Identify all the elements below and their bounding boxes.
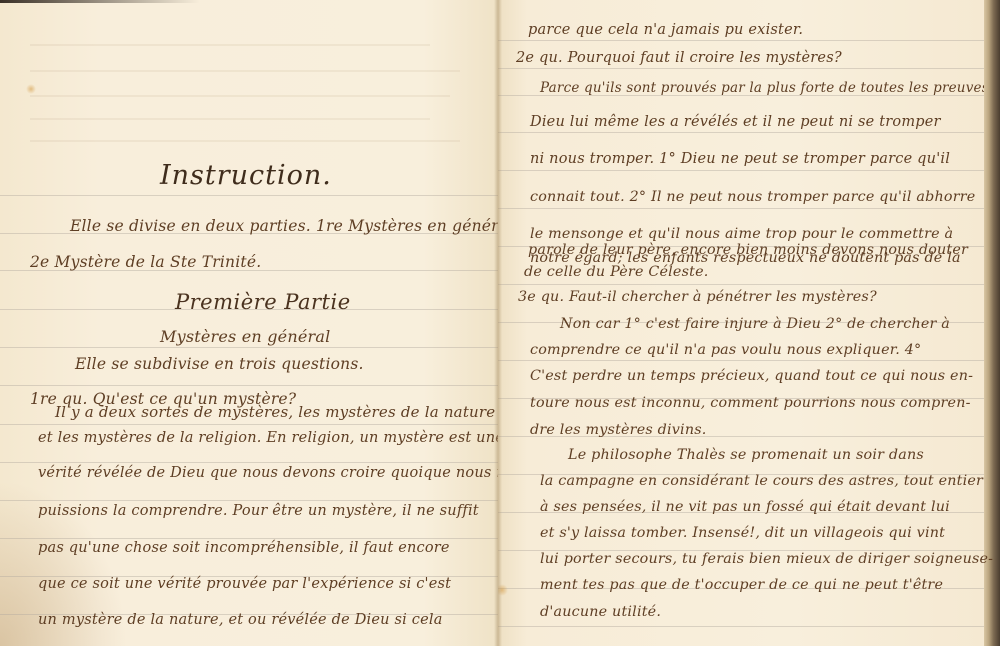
left-page: Instruction. Elle se divise en deux part…	[0, 0, 498, 646]
text-line: et les mystères de la religion. En relig…	[38, 430, 498, 446]
text-line: pas qu'une chose soit incompréhensible, …	[38, 540, 450, 556]
right-page: parce que cela n'a jamais pu exister. 2e…	[498, 0, 984, 646]
text-line: Elle se divise en deux parties. 1re Myst…	[70, 217, 498, 235]
paper-stain	[26, 84, 36, 94]
page-title: Instruction.	[160, 160, 332, 191]
section-subheading: Mystères en général	[160, 327, 330, 346]
book-gutter	[494, 0, 502, 646]
text-line: Parce qu'ils sont prouvés par la plus fo…	[540, 80, 984, 96]
text-line: vérité révélée de Dieu que nous devons c…	[38, 465, 498, 481]
text-line: Elle se subdivise en trois questions.	[75, 355, 364, 373]
text-line: connait tout. 2° Il ne peut nous tromper…	[530, 189, 975, 205]
manuscript-spread: Instruction. Elle se divise en deux part…	[0, 0, 1000, 646]
text-line: le mensonge et qu'il nous aime trop pour…	[530, 226, 953, 242]
text-line: parce que cela n'a jamais pu exister.	[528, 22, 803, 38]
text-line: puissions la comprendre. Pour être un my…	[38, 503, 479, 519]
scan-edge-shadow	[0, 0, 200, 3]
text-line: que ce soit une vérité prouvée par l'exp…	[38, 576, 451, 592]
text-line: un mystère de la nature, et ou révélée d…	[38, 612, 443, 628]
section-heading: Première Partie	[175, 290, 351, 314]
text-line: notre égard; les enfants respectueux ne …	[530, 250, 961, 266]
text-line: Il y a deux sortes de mystères, les myst…	[55, 403, 495, 421]
text-line: ni nous tromper. 1° Dieu ne peut se trom…	[530, 151, 950, 167]
text-line: 2e Mystère de la Ste Trinité.	[30, 253, 261, 271]
text-line: Dieu lui même les a révélés et il ne peu…	[530, 114, 941, 130]
book-edge	[984, 0, 1000, 646]
text-line: 2e qu. Pourquoi faut il croire les mystè…	[516, 50, 842, 66]
